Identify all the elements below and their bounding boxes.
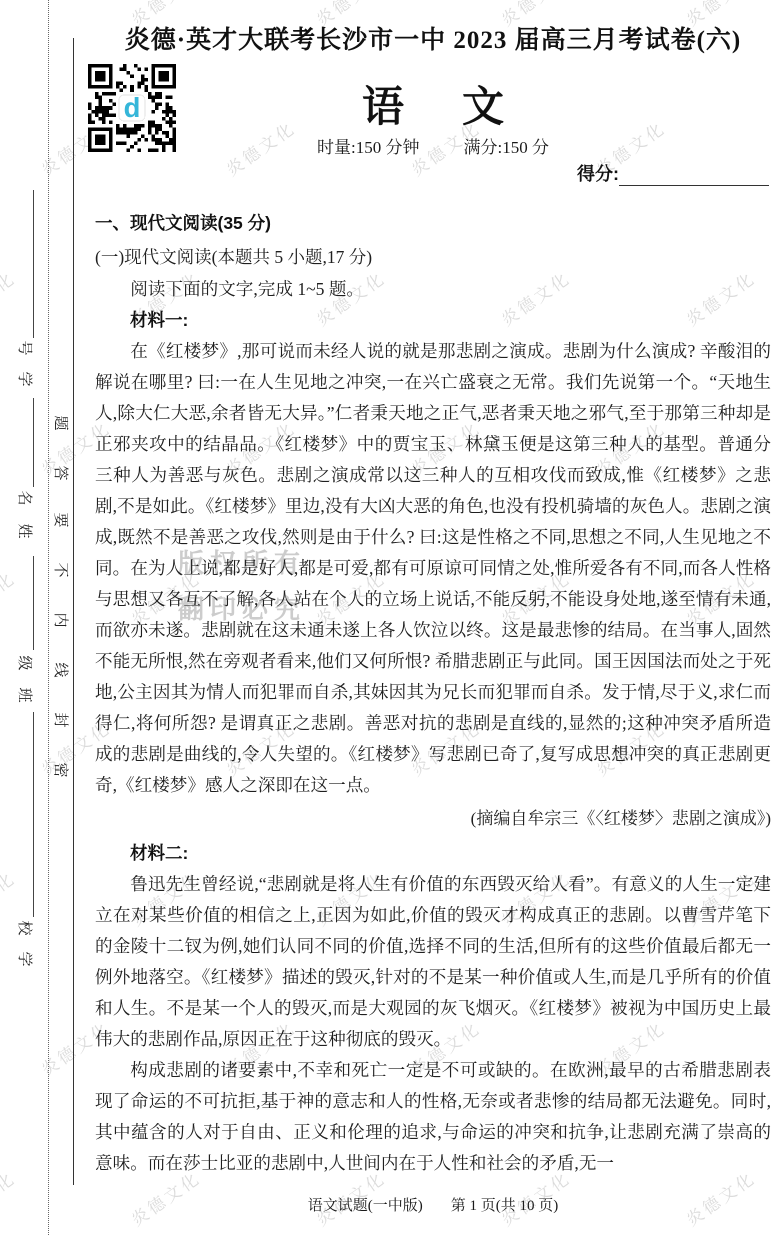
watermark-text: 炎德文化: [0, 864, 20, 930]
field-label-char: 级: [15, 654, 33, 672]
seal-text-char: 不: [51, 561, 69, 579]
field-label-char: 号: [15, 339, 33, 357]
material-2-label: 材料二:: [95, 838, 771, 869]
section-heading: 一、现代文阅读(35 分): [95, 206, 771, 240]
reading-section: 一、现代文阅读(35 分) (一)现代文阅读(本题共 5 小题,17 分) 阅读…: [95, 206, 771, 1179]
material-1-label: 材料一:: [95, 305, 771, 336]
watermark-text: 炎德文化: [0, 1164, 20, 1230]
material-1-paragraph: 在《红楼梦》,那可说而未经人说的就是那悲剧之演成。悲剧为什么演成? 辛酸泪的解说…: [95, 336, 771, 801]
score-label: 得分:: [577, 164, 619, 184]
material-1-source: (摘编自牟宗三《〈红楼梦〉悲剧之演成》): [95, 803, 771, 834]
subject-char-1: 语: [362, 83, 404, 130]
margin-solid-line: [73, 38, 74, 1185]
page-footer: 语文试题(一中版)第 1 页(共 10 页): [95, 1194, 771, 1215]
exam-title: 炎德·英才大联考长沙市一中 2023 届高三月考试卷(六): [95, 20, 771, 56]
footer-page-number: 第 1 页(共 10 页): [451, 1198, 559, 1214]
footer-paper-name: 语文试题(一中版): [308, 1198, 423, 1214]
watermark-text: 炎德文化: [775, 1014, 780, 1080]
field-label-char: 校: [15, 919, 33, 937]
material-2-paragraph-1: 鲁迅先生曾经说,“悲剧就是将人生有价值的东西毁灭给人看”。有意义的人生一定建立在…: [95, 869, 771, 1055]
field-blank-line: [33, 398, 34, 487]
field-label-char: 名: [15, 489, 33, 507]
instruction-line: 阅读下面的文字,完成 1~5 题。: [95, 274, 771, 305]
seal-text-char: 要: [51, 511, 69, 529]
seal-dotted-line: [48, 0, 49, 1235]
field-blank-line: [33, 190, 34, 338]
score-blank-line: [619, 167, 769, 186]
field-label-char: 姓: [15, 522, 33, 540]
watermark-text: 炎德文化: [775, 714, 780, 780]
exam-meta: 时量:150 分钟满分:150 分: [95, 133, 771, 158]
watermark-text: 炎德文化: [0, 564, 20, 630]
watermark-text: 炎德文化: [775, 414, 780, 480]
field-label-char: 班: [15, 686, 33, 704]
duration-label: 时量:150 分钟: [317, 138, 419, 157]
full-score-label: 满分:150 分: [464, 138, 549, 157]
watermark-text: 炎德文化: [0, 0, 20, 31]
seal-text-char: 内: [51, 611, 69, 629]
seal-text-char: 答: [51, 464, 69, 482]
material-2-paragraph-2: 构成悲剧的诸要素中,不幸和死亡一定是不可或缺的。在欧洲,最早的古希腊悲剧表现了命…: [95, 1055, 771, 1179]
watermark-text: 炎德文化: [0, 264, 20, 330]
subject-title: 语文: [95, 74, 771, 134]
field-blank-line: [33, 712, 34, 917]
field-blank-line: [33, 556, 34, 650]
score-row: 得分:: [577, 160, 769, 186]
field-label-char: 学: [15, 370, 33, 388]
exam-page: 炎德文化炎德文化炎德文化炎德文化炎德文化炎德文化炎德文化炎德文化炎德文化炎德文化…: [0, 0, 780, 1235]
seal-text-char: 封: [51, 711, 69, 729]
field-label-char: 学: [15, 950, 33, 968]
subsection-heading: (一)现代文阅读(本题共 5 小题,17 分): [95, 240, 771, 274]
seal-text-char: 密: [51, 761, 69, 779]
seal-text-char: 题: [51, 414, 69, 432]
subject-char-2: 文: [462, 83, 504, 130]
watermark-text: 炎德文化: [775, 114, 780, 180]
seal-text-char: 线: [51, 661, 69, 679]
